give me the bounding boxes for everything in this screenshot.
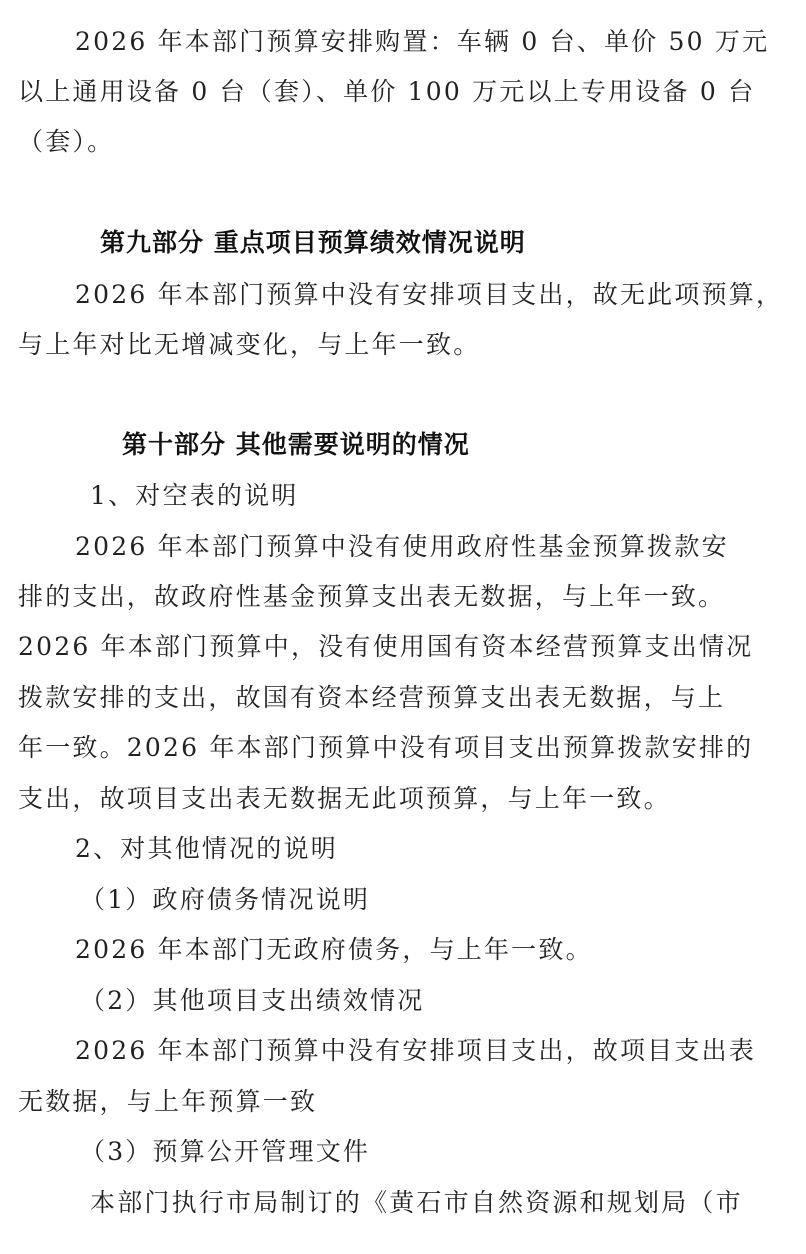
paragraph-line: 2026 年本部门预算中没有安排项目支出，故项目支出表 [75,1035,756,1067]
paragraph-line: 以上通用设备 0 台（套）、单价 100 万元以上专用设备 0 台 [18,76,755,108]
paragraph-line: 无数据，与上年预算一致 [18,1086,317,1118]
paragraph-line: 2026 年本部门预算中没有使用政府性基金预算拨款安 [75,531,729,563]
paragraph-line: （套）。 [18,126,114,158]
paragraph-line: 2026 年本部门预算安排购置：车辆 0 台、单价 50 万元 [75,26,769,58]
section-9-title: 第九部分 重点项目预算绩效情况说明 [100,227,526,259]
sub-2-title: （2）其他项目支出绩效情况 [80,985,425,1017]
sub-3-title: （3）预算公开管理文件 [80,1136,370,1168]
paragraph-line: 2026 年本部门无政府债务，与上年一致。 [75,934,593,966]
sub-1-title: （1）政府债务情况说明 [80,884,370,916]
section-10-title: 第十部分 其他需要说明的情况 [122,429,470,461]
item-1-title: 1、对空表的说明 [90,480,299,512]
paragraph-line: 与上年对比无增减变化，与上年一致。 [18,329,480,361]
item-2-title: 2、对其他情况的说明 [75,833,338,865]
paragraph-line: 支出，故项目支出表无数据无此项预算，与上年一致。 [18,783,671,815]
paragraph-line: 2026 年本部门预算中没有安排项目支出，故无此项预算， [75,279,783,311]
paragraph-line: 排的支出，故政府性基金预算支出表无数据，与上年一致。 [18,581,725,613]
paragraph-line: 2026 年本部门预算中，没有使用国有资本经营预算支出情况 [18,631,753,663]
paragraph-line: 拨款安排的支出，故国有资本经营预算支出表无数据，与上 [18,682,725,714]
document-page: 2026 年本部门预算安排购置：车辆 0 台、单价 50 万元 以上通用设备 0… [0,0,806,1254]
paragraph-line: 本部门执行市局制订的《黄石市自然资源和规划局（市 [90,1187,743,1219]
paragraph-line: 年一致。2026 年本部门预算中没有项目支出预算拨款安排的 [18,732,753,764]
